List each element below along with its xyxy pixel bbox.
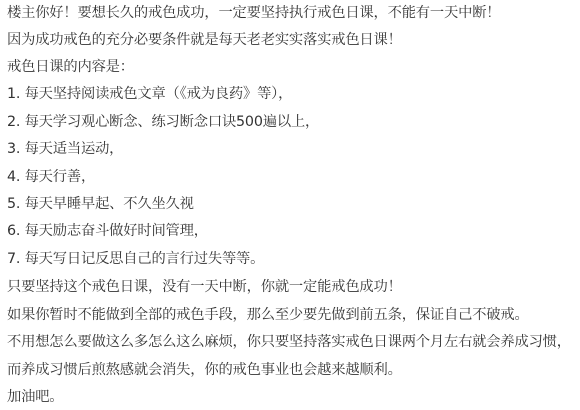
list-item-1: 1. 每天坚持阅读戒色文章（《戒为良药》等），	[7, 85, 292, 103]
post-line-reason: 因为成功戒色的充分必要条件就是每天老老实实落实戒色日课！	[7, 31, 402, 49]
list-item-3: 3. 每天适当运动，	[7, 140, 123, 158]
post-line-habit: 不用想怎么要做这么多怎么这么麻烦，你只要坚持落实戒色日课两个月左右就会养成习惯，	[7, 333, 571, 351]
post-line-habit-result: 而养成习惯后煎熬感就会消失，你的戒色事业也会越来越顺利。	[7, 361, 402, 379]
list-item-6: 6. 每天励志奋斗做好时间管理，	[7, 222, 208, 240]
post-line-greeting: 楼主你好！要想长久的戒色成功，一定要坚持执行戒色日课，不能有一天中断！	[7, 4, 500, 22]
post-line-encourage: 加油吧。	[7, 388, 63, 406]
post-content: 楼主你好！要想长久的戒色成功，一定要坚持执行戒色日课，不能有一天中断！ 因为成功…	[0, 0, 580, 410]
post-line-persist: 只要坚持这个戒色日课，没有一天中断，你就一定能戒色成功！	[7, 278, 402, 296]
list-item-5: 5. 每天早睡早起、不久坐久视	[7, 195, 194, 213]
list-item-2: 2. 每天学习观心断念、练习断念口诀500遍以上，	[7, 113, 319, 131]
list-item-4: 4. 每天行善，	[7, 168, 95, 186]
post-line-first-five: 如果你暂时不能做到全部的戒色手段，那么至少要先做到前五条，保证自己不破戒。	[7, 306, 529, 324]
list-item-7: 7. 每天写日记反思自己的言行过失等等。	[7, 250, 264, 268]
post-line-list-heading: 戒色日课的内容是：	[7, 58, 134, 76]
